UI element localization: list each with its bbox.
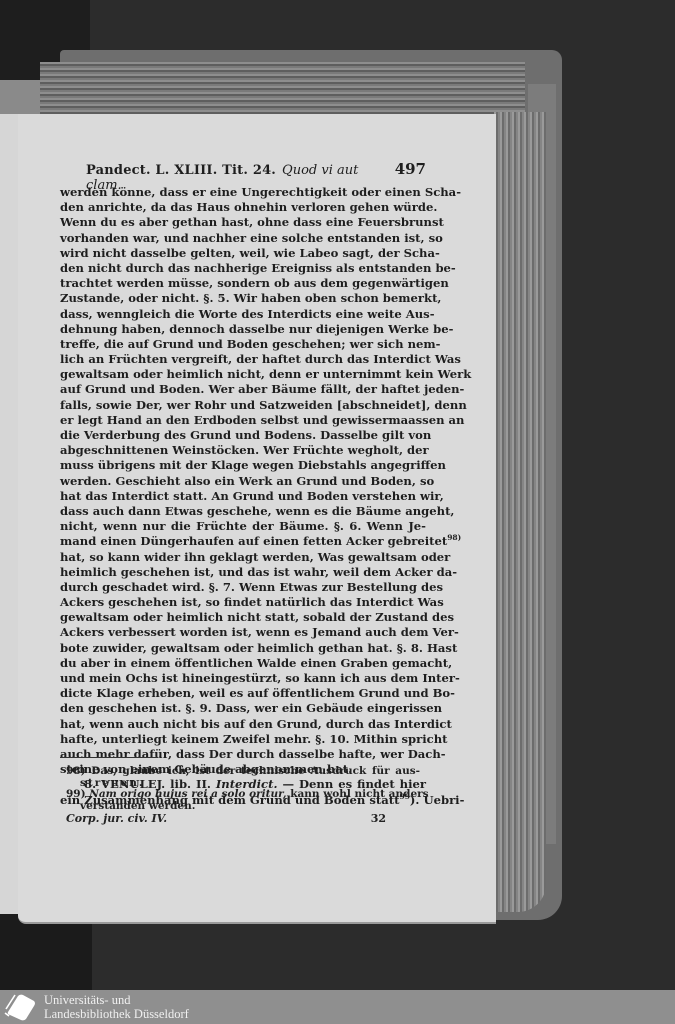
text-line: dass, wenngleich die Worte des Interdict…: [60, 307, 426, 322]
text-line: dehnung haben, dennoch dasselbe nur diej…: [60, 322, 426, 337]
text-line: hafte, unterliegt keinem Zweifel mehr. §…: [60, 732, 426, 747]
footnotes: 98) Das, glaube ich, ist der technische …: [66, 766, 420, 812]
text-line: hat, wenn auch nicht bis auf den Grund, …: [60, 717, 426, 732]
text-line: den anrichte, da das Haus ohnehin verlor…: [60, 200, 426, 215]
text-line: trachtet werden müsse, sondern ob aus de…: [60, 276, 426, 291]
text-line: abgeschnittenen Weinstöcken. Wer Früchte…: [60, 443, 426, 458]
text-line: Zustande, oder nicht. §. 5. Wir haben ob…: [60, 291, 426, 306]
text-line: lich an Früchten vergreift, der haftet d…: [60, 352, 426, 367]
signature-title: Corp. jur. civ. IV.: [66, 812, 167, 825]
printer-signature: Corp. jur. civ. IV. 32: [66, 812, 386, 825]
text-line: falls, sowie Der, wer Rohr und Satzweide…: [60, 398, 426, 413]
page-stack-right-edge: [494, 112, 546, 912]
text-line: Wenn du es aber gethan hast, ohne dass e…: [60, 215, 426, 230]
text-line: Ackers verbessert worden ist, wenn es Je…: [60, 625, 426, 640]
text-line: treffe, die auf Grund und Boden geschehe…: [60, 337, 426, 352]
page-number: 497: [395, 160, 426, 178]
text-line: auch mehr dafür, dass Der durch dasselbe…: [60, 747, 426, 762]
text-line: hat das Interdict statt. An Grund und Bo…: [60, 489, 426, 504]
text-line: werden. Geschieht also ein Werk an Grund…: [60, 474, 426, 489]
text-line: Ackers geschehen ist, so findet natürlic…: [60, 595, 426, 610]
text-line: gewaltsam oder heimlich nicht statt, sob…: [60, 610, 426, 625]
book-logo-icon[interactable]: [4, 992, 38, 1022]
footnote-ref-98[interactable]: 98): [447, 533, 461, 542]
library-footer-bar: Universitäts- und Landesbibliothek Düsse…: [0, 990, 675, 1024]
footnote-98: 98) Das, glaube ich, ist der technische …: [66, 766, 420, 778]
text-line: dicte Klage erheben, weil es auf öffentl…: [60, 686, 426, 701]
footnote-99-continuation: verstanden werden.: [66, 801, 420, 813]
library-name[interactable]: Universitäts- und Landesbibliothek Düsse…: [44, 993, 189, 1021]
text-line: du aber in einem öffentlichen Walde eine…: [60, 656, 426, 671]
text-line: die Verderbung des Grund und Bodens. Das…: [60, 428, 426, 443]
text-line: hat, so kann wider ihn geklagt werden, W…: [60, 550, 426, 565]
text-line: vorhanden war, und nachher eine solche e…: [60, 231, 426, 246]
text-line: bote zuwider, gewaltsam oder heimlich ge…: [60, 641, 426, 656]
text-line: auf Grund und Boden. Wer aber Bäume fäll…: [60, 382, 426, 397]
text-line: heimlich geschehen ist, und das ist wahr…: [60, 565, 426, 580]
background-shadow: [0, 920, 92, 990]
text-line: muss übrigens mit der Klage wegen Diebst…: [60, 458, 426, 473]
text-line: und mein Ochs ist hineingestürzt, so kan…: [60, 671, 426, 686]
text-line: den nicht durch das nachherige Ereigniss…: [60, 261, 426, 276]
signature-number: 32: [371, 812, 386, 825]
body-text: werden könne, dass er eine Ungerechtigke…: [60, 185, 426, 808]
facing-page-edge: [0, 114, 19, 914]
footnote-separator: [60, 757, 158, 758]
text-line: werden könne, dass er eine Ungerechtigke…: [60, 185, 426, 200]
text-line: wird nicht dasselbe gelten, weil, wie La…: [60, 246, 426, 261]
text-line: dass auch dann Etwas geschehe, wenn es d…: [60, 504, 426, 519]
text-line-with-footnote-98: mand einen Düngerhaufen auf einen fetten…: [60, 534, 426, 549]
page-stack-top-edge: [40, 62, 525, 114]
text-line: den geschehen ist. §. 9. Dass, wer ein G…: [60, 701, 426, 716]
text-line: nicht, wenn nur die Früchte der Bäume. §…: [60, 519, 426, 534]
text-line: er legt Hand an den Erdboden selbst und …: [60, 413, 426, 428]
text-line: gewaltsam oder heimlich nicht, denn er u…: [60, 367, 426, 382]
running-head: Pandect. L. XLIII. Tit. 24.Quod vi aut c…: [86, 160, 426, 180]
text-line: durch geschadet wird. §. 7. Wenn Etwas z…: [60, 580, 426, 595]
